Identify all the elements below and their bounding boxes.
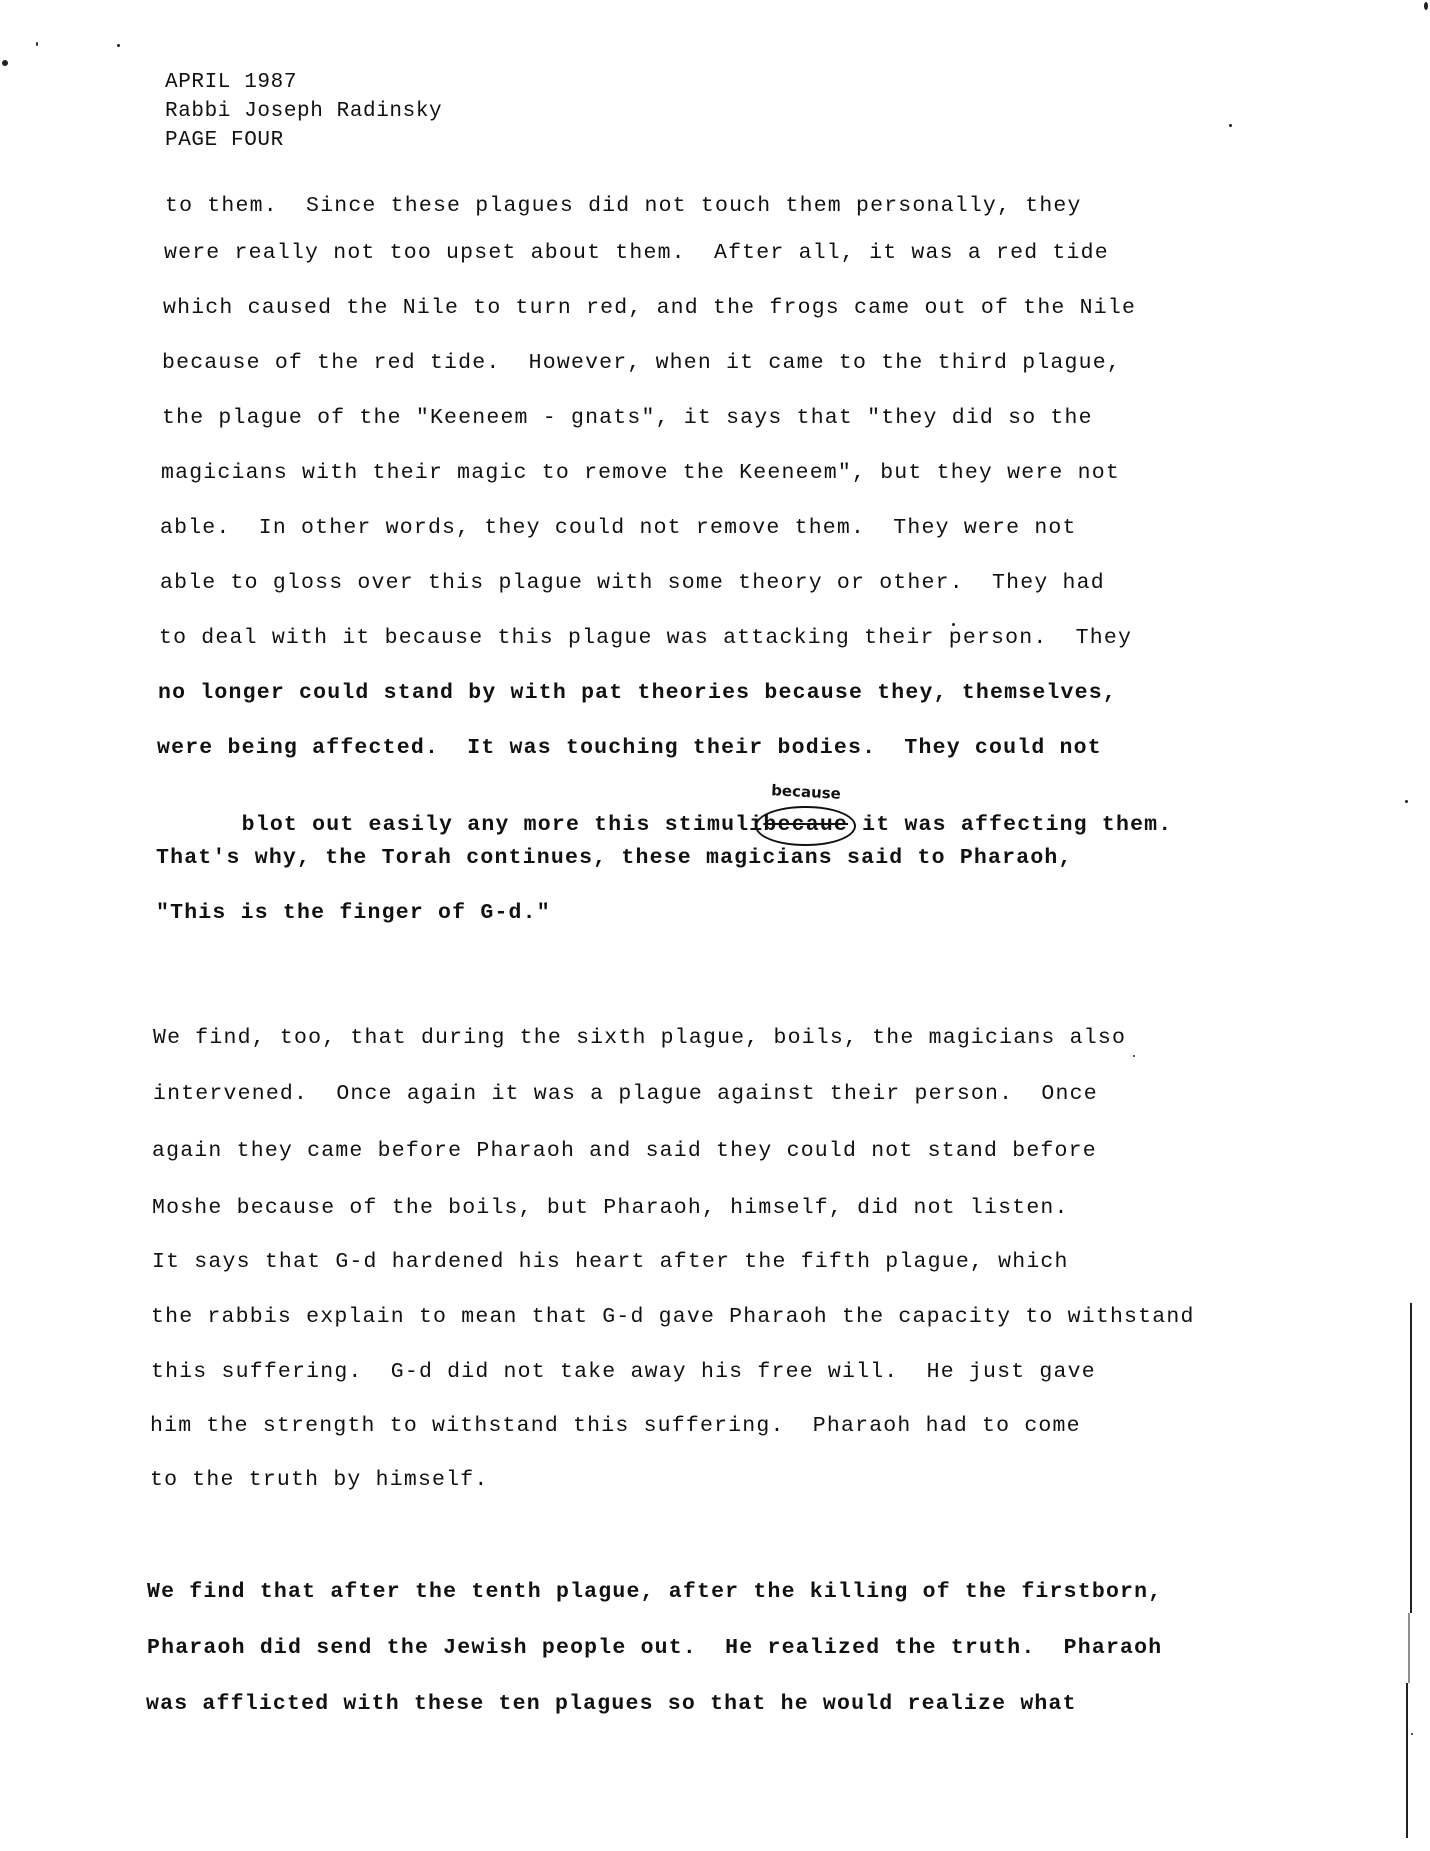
text-line: was afflicted with these ten plagues so … <box>146 1694 1077 1716</box>
header-date: APRIL 1987 <box>165 72 297 93</box>
text-line: to the truth by himself. <box>150 1470 488 1492</box>
text-line: to deal with it because this plague was … <box>159 628 1132 650</box>
text-line: That's why, the Torah continues, these m… <box>156 848 1073 870</box>
header-page-number: PAGE FOUR <box>165 130 284 151</box>
struck-out-word: becausebecaue <box>763 815 848 837</box>
text-line: intervened. Once again it was a plague a… <box>153 1084 1098 1106</box>
scan-speck <box>117 44 120 47</box>
text-line: were really not too upset about them. Af… <box>164 243 1109 265</box>
scan-speck <box>36 42 38 46</box>
text-line: to them. Since these plagues did not tou… <box>165 196 1082 218</box>
text-line: which caused the Nile to turn red, and t… <box>163 298 1136 320</box>
handwritten-correction: because <box>771 783 841 802</box>
text-line: able to gloss over this plague with some… <box>160 573 1105 595</box>
text-line: this suffering. G-d did not take away hi… <box>151 1362 1096 1384</box>
header-author: Rabbi Joseph Radinsky <box>165 101 442 122</box>
scanned-document-page: APRIL 1987 Rabbi Joseph Radinsky PAGE FO… <box>0 0 1430 1851</box>
text-line: again they came before Pharaoh and said … <box>152 1141 1097 1163</box>
scan-speck <box>1411 1733 1413 1735</box>
text-line: magicians with their magic to remove the… <box>161 463 1120 485</box>
scan-speck <box>2 60 8 66</box>
text-segment: it was affecting them. <box>848 813 1172 837</box>
text-line: him the strength to withstand this suffe… <box>150 1416 1081 1438</box>
text-line: were being affected. It was touching the… <box>157 738 1102 760</box>
scan-speck <box>952 623 955 626</box>
text-line: able. In other words, they could not rem… <box>160 518 1077 540</box>
scan-margin-line <box>1410 1303 1412 1613</box>
scan-speck <box>1424 2 1428 10</box>
text-line: the plague of the "Keeneem - gnats", it … <box>162 408 1093 430</box>
text-line: It says that G-d hardened his heart afte… <box>152 1252 1069 1274</box>
text-segment: blot out easily any more this stimuli <box>242 813 764 837</box>
scan-speck <box>1133 1055 1135 1057</box>
text-line: Moshe because of the boils, but Pharaoh,… <box>152 1198 1069 1220</box>
text-line: the rabbis explain to mean that G-d gave… <box>151 1307 1195 1329</box>
text-line: "This is the finger of G-d." <box>156 903 551 925</box>
scan-speck <box>1229 124 1232 127</box>
text-line: We find that after the tenth plague, aft… <box>147 1582 1162 1604</box>
text-line: We find, too, that during the sixth plag… <box>153 1028 1126 1050</box>
scan-margin-line <box>1406 1683 1408 1838</box>
text-line: Pharaoh did send the Jewish people out. … <box>147 1638 1162 1660</box>
text-line: no longer could stand by with pat theori… <box>158 683 1117 705</box>
text-line: because of the red tide. However, when i… <box>162 353 1121 375</box>
scan-speck <box>1405 800 1408 803</box>
scan-margin-line <box>1408 1613 1410 1683</box>
